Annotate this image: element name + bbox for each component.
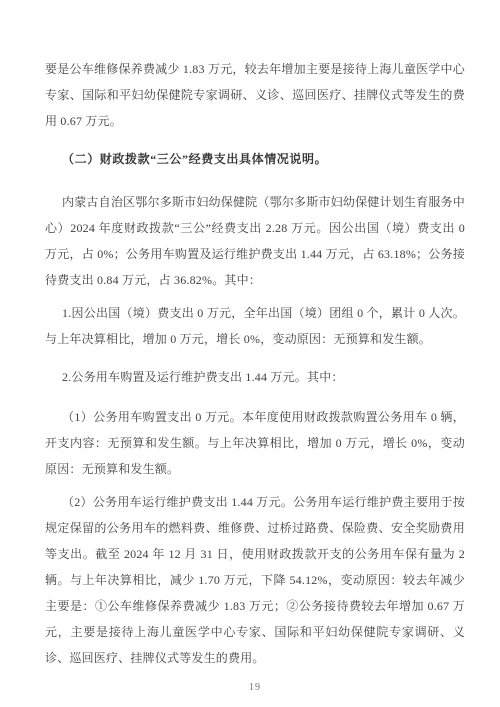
section-heading: （二）财政拨款“三公”经费支出具体情况说明。 xyxy=(45,146,465,172)
paragraph-item2-vehicle-expense: 2.公务用车购置及运行维护费支出 1.44 万元。其中： xyxy=(45,364,465,390)
paragraph-item2-1-vehicle-purchase: （1）公务用车购置支出 0 万元。本年度使用财政拨款购置公务用车 0 辆，开支内… xyxy=(45,404,465,482)
document-page: 要是公车维修保养费减少 1.83 万元，较去年增加主要是接待上海儿童医学中心专家… xyxy=(0,0,500,707)
paragraph-item1-abroad-expense: 1.因公出国（境）费支出 0 万元，全年出国（境）团组 0 个，累计 0 人次。… xyxy=(45,300,465,352)
paragraph-item2-2-vehicle-maintenance: （2）公务用车运行维护费支出 1.44 万元。公务用车运行维护费主要用于按规定保… xyxy=(45,489,465,671)
page-number: 19 xyxy=(45,681,465,695)
paragraph-continuation: 要是公车维修保养费减少 1.83 万元，较去年增加主要是接待上海儿童医学中心专家… xyxy=(45,56,465,134)
paragraph-three-public-overview: 内蒙古自治区鄂尔多斯市妇幼保健院（鄂尔多斯市妇幼保健计划生育服务中心）2024 … xyxy=(45,189,465,293)
